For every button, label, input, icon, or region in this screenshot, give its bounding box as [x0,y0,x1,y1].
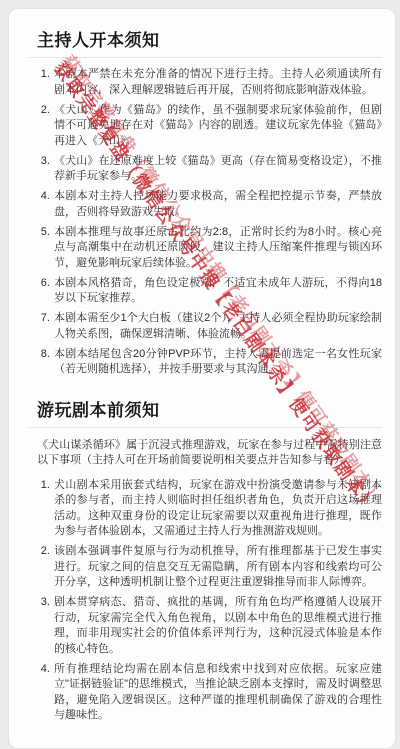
player-notice-list: 犬山剧本采用嵌套式结构，玩家在游戏中扮演受邀请参与未知剧本杀的参与者，而主持人则… [29,478,382,507]
host-notice-item-7: 本剧本需至少1个大白板（建议2个），主持人必须全程协助玩家绘制人物关系图，确保逻… [53,311,382,342]
host-notice-item-1: 本剧本严禁在未充分准备的情况下进行主持。主持人必须通读所有剧本内容，深入理解逻辑… [53,67,382,98]
host-notice-item-6: 本剧本风格猎奇，角色设定极端，不适宜未成年人游玩，不得向18岁以下玩家推荐。 [53,276,382,307]
player-notice-title: 游玩剧本前须知 [29,396,382,428]
host-notice-item-5: 本剧本推理与故事还原占比约为2:8，正常时长约为8小时。核心亮点与高潮集中在动机… [53,225,382,272]
host-notice-item-2: 《犬山》作为《猫岛》的续作，虽不强制要求玩家体验前作，但剧情不可避免地存在对《猫… [53,103,382,150]
player-notice-intro: 《犬山谋杀循环》属于沉浸式推理游戏，玩家在参与过程中需特别注意以下事项（主持人可… [37,438,382,469]
host-notice-list: 本剧本严禁在未充分准备的情况下进行主持。主持人必须通读所有剧本内容，深入理解逻辑… [29,67,382,378]
host-notice-item-4: 本剧本对主持人控场能力要求极高，需全程把控提示节奏，严禁放盘，否则将导致游戏失败… [53,189,382,220]
host-notice-title: 主持人开本须知 [29,26,382,58]
player-notice-item-1: 犬山剧本采用嵌套式结构，玩家在游戏中扮演受邀请参与未知剧本杀的参与者，而主持人则… [53,478,382,507]
host-notice-item-8: 本剧本结尾包含20分钟PVP环节，主持人需提前选定一名女性玩家（若无则随机选择）… [53,347,382,378]
host-notice-item-3: 《犬山》在还原难度上较《猫岛》更高（存在简易变格设定），不推荐新手玩家参与。 [53,154,382,185]
notice-document-card: 主持人开本须知 本剧本严禁在未充分准备的情况下进行主持。主持人必须通读所有剧本内… [8,8,396,506]
